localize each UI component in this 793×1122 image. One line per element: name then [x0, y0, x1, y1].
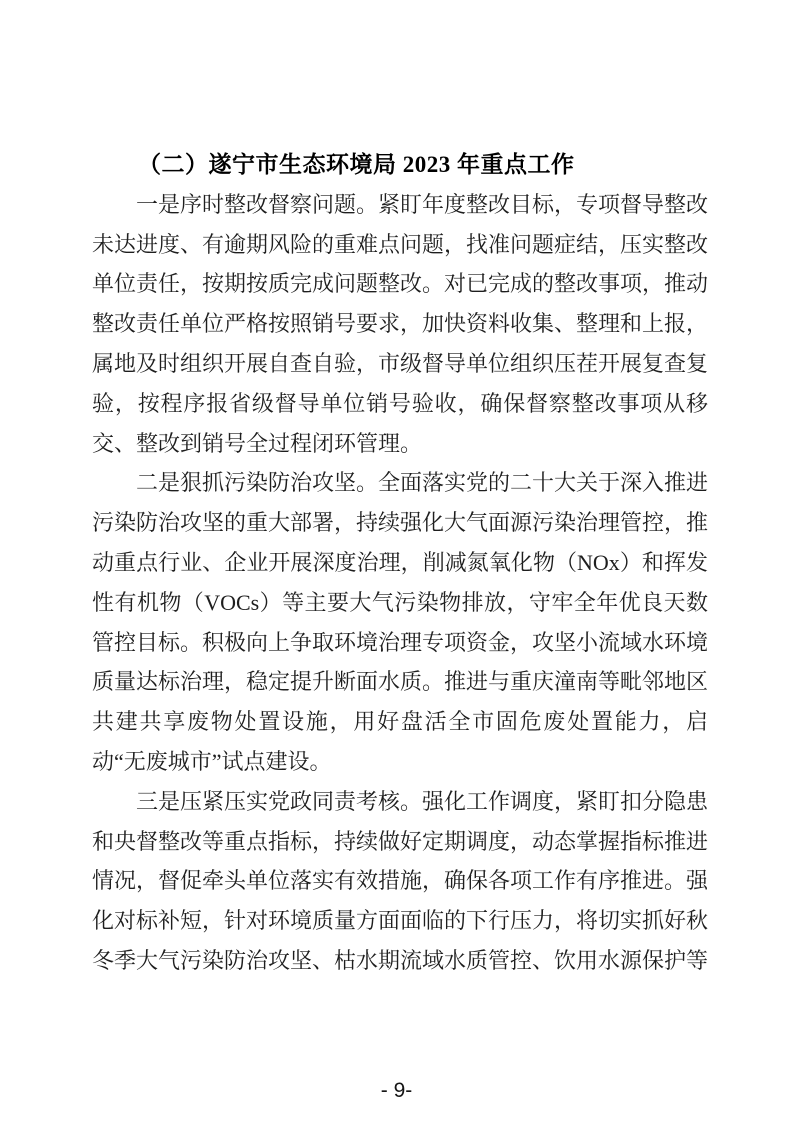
- document-body: （二）遂宁市生态环境局 2023 年重点工作 一是序时整改督察问题。紧盯年度整改…: [92, 145, 708, 981]
- section-heading: （二）遂宁市生态环境局 2023 年重点工作: [92, 145, 708, 185]
- document-page: （二）遂宁市生态环境局 2023 年重点工作 一是序时整改督察问题。紧盯年度整改…: [0, 0, 793, 1122]
- paragraph-accountability-assessment: 三是压紧压实党政同责考核。强化工作调度，紧盯扣分隐患和央督整改等重点指标，持续做…: [92, 782, 708, 981]
- paragraph-pollution-control: 二是狠抓污染防治攻坚。全面落实党的二十大关于深入推进污染防治攻坚的重大部署，持续…: [92, 463, 708, 781]
- paragraph-rectification-supervision: 一是序时整改督察问题。紧盯年度整改目标，专项督导整改未达进度、有逾期风险的重难点…: [92, 185, 708, 464]
- page-number: - 9-: [0, 1080, 793, 1102]
